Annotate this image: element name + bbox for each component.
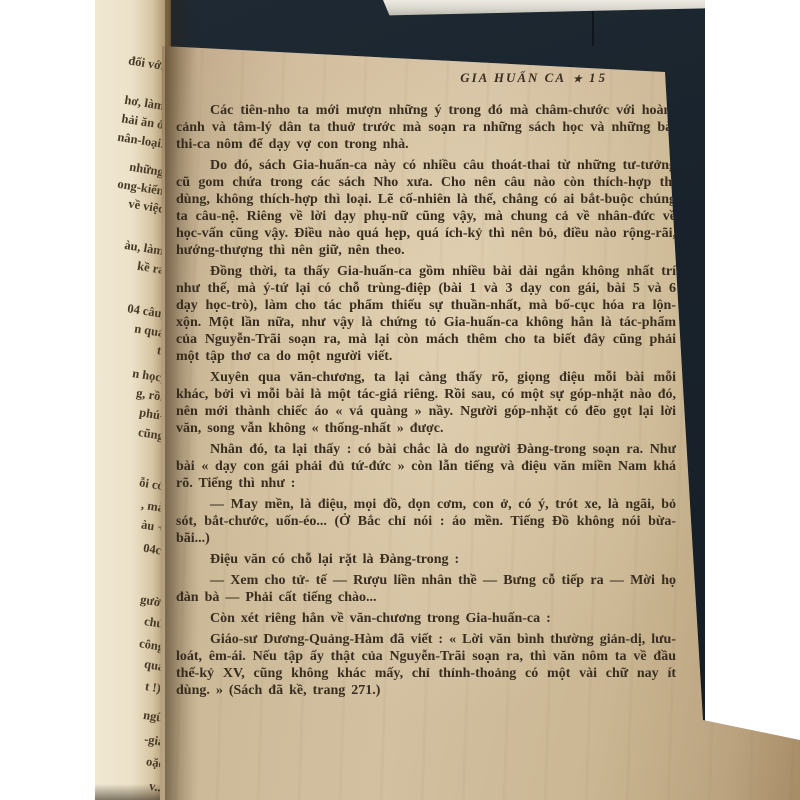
book-title: GIA HUẤN CA [460,70,566,85]
clipped-text-fragment: cũng [138,426,165,443]
clipped-text-fragment: những [129,161,165,179]
paragraph: Điệu văn có chỗ lại rặt là Đàng-trong : [176,551,676,568]
paragraph-quote-dashes: — May mền, là điệu, mọi đồ, dọn cơm, con… [176,496,676,547]
clipped-text-fragment: ong-kiến [117,178,165,198]
clipped-text-fragment: hơ, làm [123,94,165,113]
clipped-text-fragment: 04 câu, [126,302,165,321]
clipped-text-fragment: n quá [133,322,165,340]
paragraph: Đồng thời, ta thấy Gia-huấn-ca gồm nhiều… [176,263,676,365]
paragraph: Giáo-sư Dương-Quảng-Hàm đã viết : « Lời … [176,631,676,699]
clipped-text-fragment: phú- [138,406,165,423]
clipped-text-fragment: hải ăn ở [120,112,165,132]
page-number: 15 [589,70,608,85]
paragraph: Do đó, sách Gia-huấn-ca này có nhiều câu… [176,157,676,259]
previous-page-edge: đối vớihơ, làmhải ăn ởnân-loại.nhữngong-… [95,0,171,800]
clipped-text-fragment: àu, làm [124,239,165,258]
clipped-text-fragment: kề ra [136,260,165,277]
body-text: Các tiên-nho ta mới mượn những ý trong đ… [176,102,676,699]
book-photo: đối vớihơ, làmhải ăn ởnân-loại.nhữngong-… [0,0,800,800]
clipped-text-fragment: n học, [131,367,165,385]
page-header: GIA HUẤN CA★15 [176,70,676,86]
paragraph: Xuyên qua văn-chương, ta lại càng thấy r… [176,369,676,437]
clipped-text-fragment: đối với [127,54,165,73]
paragraph: Các tiên-nho ta mới mượn những ý trong đ… [176,102,676,153]
paragraph: Nhân đó, ta lại thấy : có bài chắc là do… [176,441,676,492]
clipped-text-fragment: về việc [128,197,165,215]
paragraph-quote-dashes: — Xem cho tử- tế — Rượu liền nhân thề — … [176,572,676,606]
star-icon: ★ [566,74,589,85]
clipped-text-fragment: nân-loại. [117,131,165,151]
paragraph: Còn xét riêng hẳn về văn-chương trong Gi… [176,610,676,627]
clipped-text-fragment: g, rồi [136,387,165,404]
